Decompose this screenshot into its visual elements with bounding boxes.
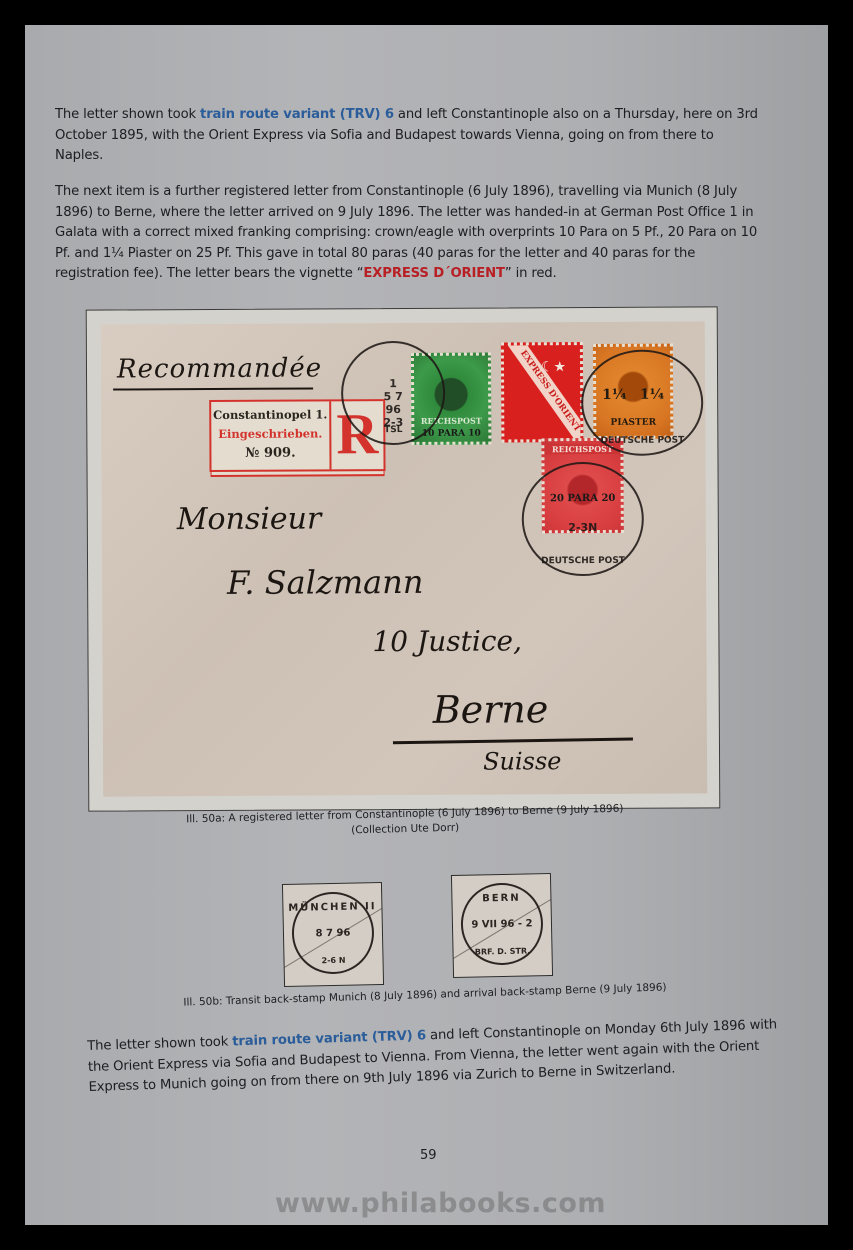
registration-type: Eingeschrieben. — [211, 424, 329, 444]
postmark-deutsche-post-3: 2-3N DEUTSCHE POST — [521, 462, 644, 577]
postmark-date: 2-3N — [524, 521, 642, 535]
postmark-ring-text: DEUTSCHE POST — [524, 556, 642, 567]
postmark-deutsche-post-2: DEUTSCHE POST — [581, 349, 704, 456]
postmark-line: 96 — [343, 403, 443, 417]
backstamp-office: BRF. D. STR. — [453, 946, 551, 957]
paragraph-trv6-1896: The letter shown took train route varian… — [87, 1015, 789, 1098]
page-number: 59 — [420, 1148, 437, 1163]
backstamp-berne: BERN 9 VII 96 - 2 BRF. D. STR. — [451, 873, 553, 978]
backstamp-date: 8 7 96 — [284, 927, 382, 940]
postmark-line: 1 — [343, 377, 443, 391]
trv-highlight: train route variant (TRV) 6 — [200, 107, 394, 122]
salutation-handwriting: Monsieur — [177, 501, 322, 537]
vignette-highlight: EXPRESS D´ORIENT — [363, 266, 504, 281]
book-page: The letter shown took train route varian… — [25, 25, 828, 1225]
paragraph-text: The letter shown took — [87, 1034, 232, 1054]
paragraph-trv6-1895: The letter shown took train route varian… — [55, 105, 760, 167]
trv-highlight: train route variant (TRV) 6 — [232, 1028, 426, 1049]
backstamp-town: BERN — [452, 892, 550, 905]
city-handwriting: Berne — [433, 687, 549, 732]
backstamp-time: 2-6 N — [284, 955, 382, 966]
paragraph-text: and left Constantinople on Monday 6th Ju… — [88, 1017, 778, 1095]
postmark-line: 2-3N — [524, 521, 642, 535]
underline — [393, 738, 633, 745]
postmark-date: 1 5 7 96 2-3 — [343, 377, 443, 430]
envelope-photo: Recommandée Constantinopel 1. Eingeschri… — [86, 306, 721, 811]
envelope: Recommandée Constantinopel 1. Eingeschri… — [101, 321, 707, 796]
backstamp-town: MÜNCHEN II — [283, 901, 381, 914]
backstamp-date: 9 VII 96 - 2 — [453, 918, 551, 931]
underline — [113, 387, 313, 390]
postmark-constantinopel-1: 1 5 7 96 2-3 TSL — [341, 341, 446, 446]
addressee-handwriting: F. Salzmann — [227, 563, 423, 602]
registration-office: Constantinopel 1. — [211, 405, 329, 425]
paragraph-text: ” in red. — [505, 266, 557, 281]
backstamp-munich: MÜNCHEN II 8 7 96 2-6 N — [282, 882, 384, 987]
paragraph-registered-letter: The next item is a further registered le… — [55, 182, 760, 285]
country-handwriting: Suisse — [483, 747, 562, 775]
recommandee-handwriting: Recommandée — [117, 353, 322, 384]
postmark-ring-text: DEUTSCHE POST — [583, 435, 701, 446]
watermark: www.philabooks.com — [275, 1188, 606, 1219]
figure-caption-50b: Ill. 50b: Transit back-stamp Munich (8 J… — [145, 979, 705, 1012]
vignette-text: EXPRESS D'ORIENT — [503, 342, 583, 442]
express-dorient-vignette: ☾★ EXPRESS D'ORIENT — [501, 342, 584, 442]
registration-text: Constantinopel 1. Eingeschrieben. № 909. — [211, 401, 331, 470]
registration-number: № 909. — [211, 443, 329, 463]
postmark-line: 5 7 — [343, 390, 443, 404]
postmark-ring-text: TSL — [343, 425, 443, 436]
street-handwriting: 10 Justice, — [372, 624, 522, 658]
paragraph-text: The letter shown took — [55, 107, 200, 122]
